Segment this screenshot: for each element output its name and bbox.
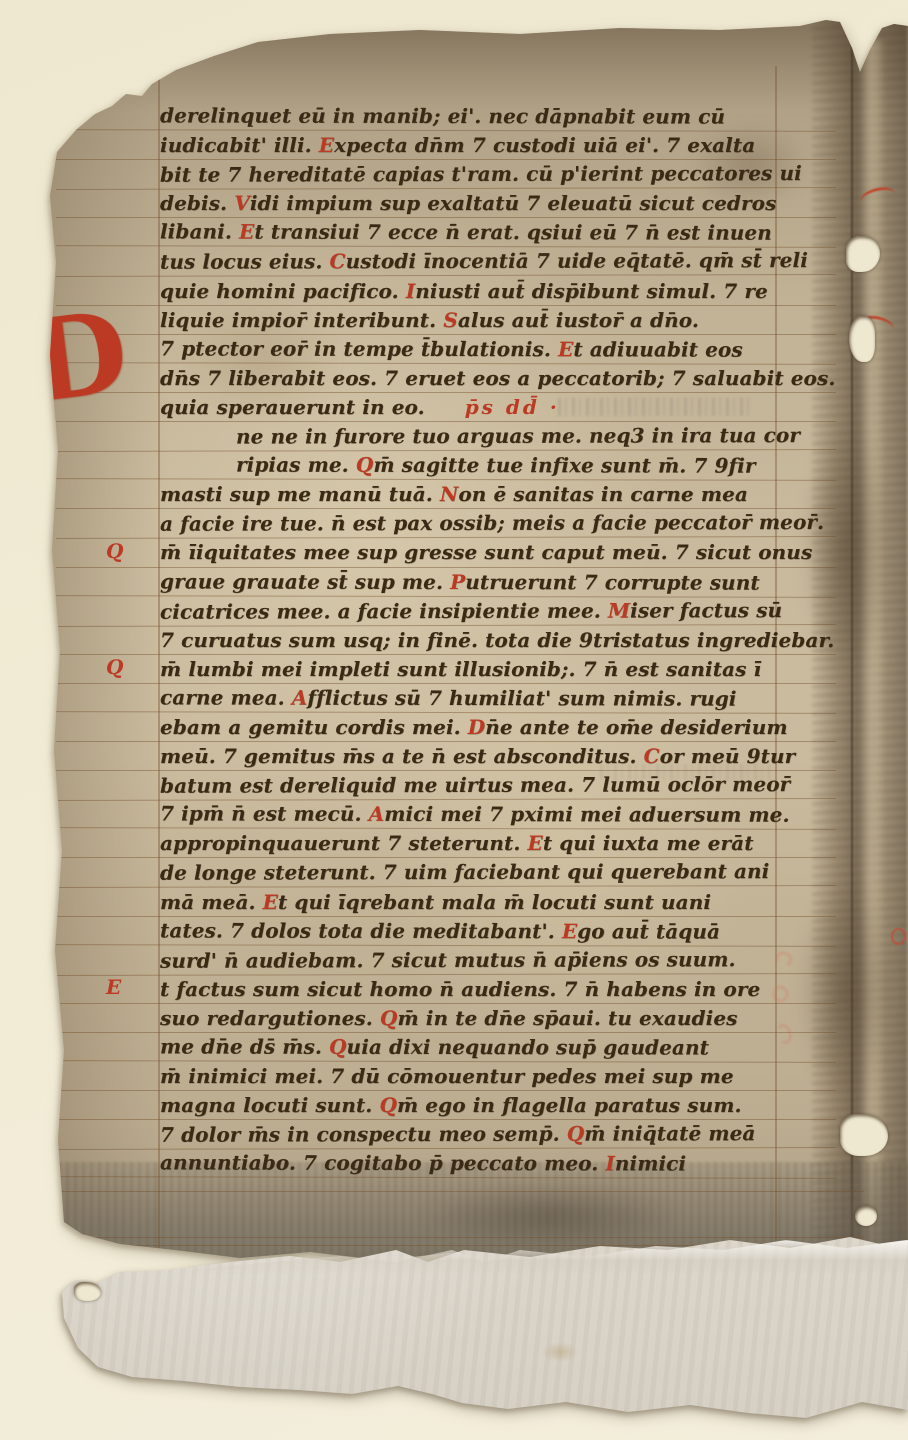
white-parchment-strip — [0, 0, 908, 1440]
strip-hole — [74, 1282, 101, 1301]
manuscript-photo: derelinquet eū in manib; ei'. nec dāpnab… — [0, 0, 908, 1440]
bottom-strip-wrap — [0, 0, 908, 1440]
